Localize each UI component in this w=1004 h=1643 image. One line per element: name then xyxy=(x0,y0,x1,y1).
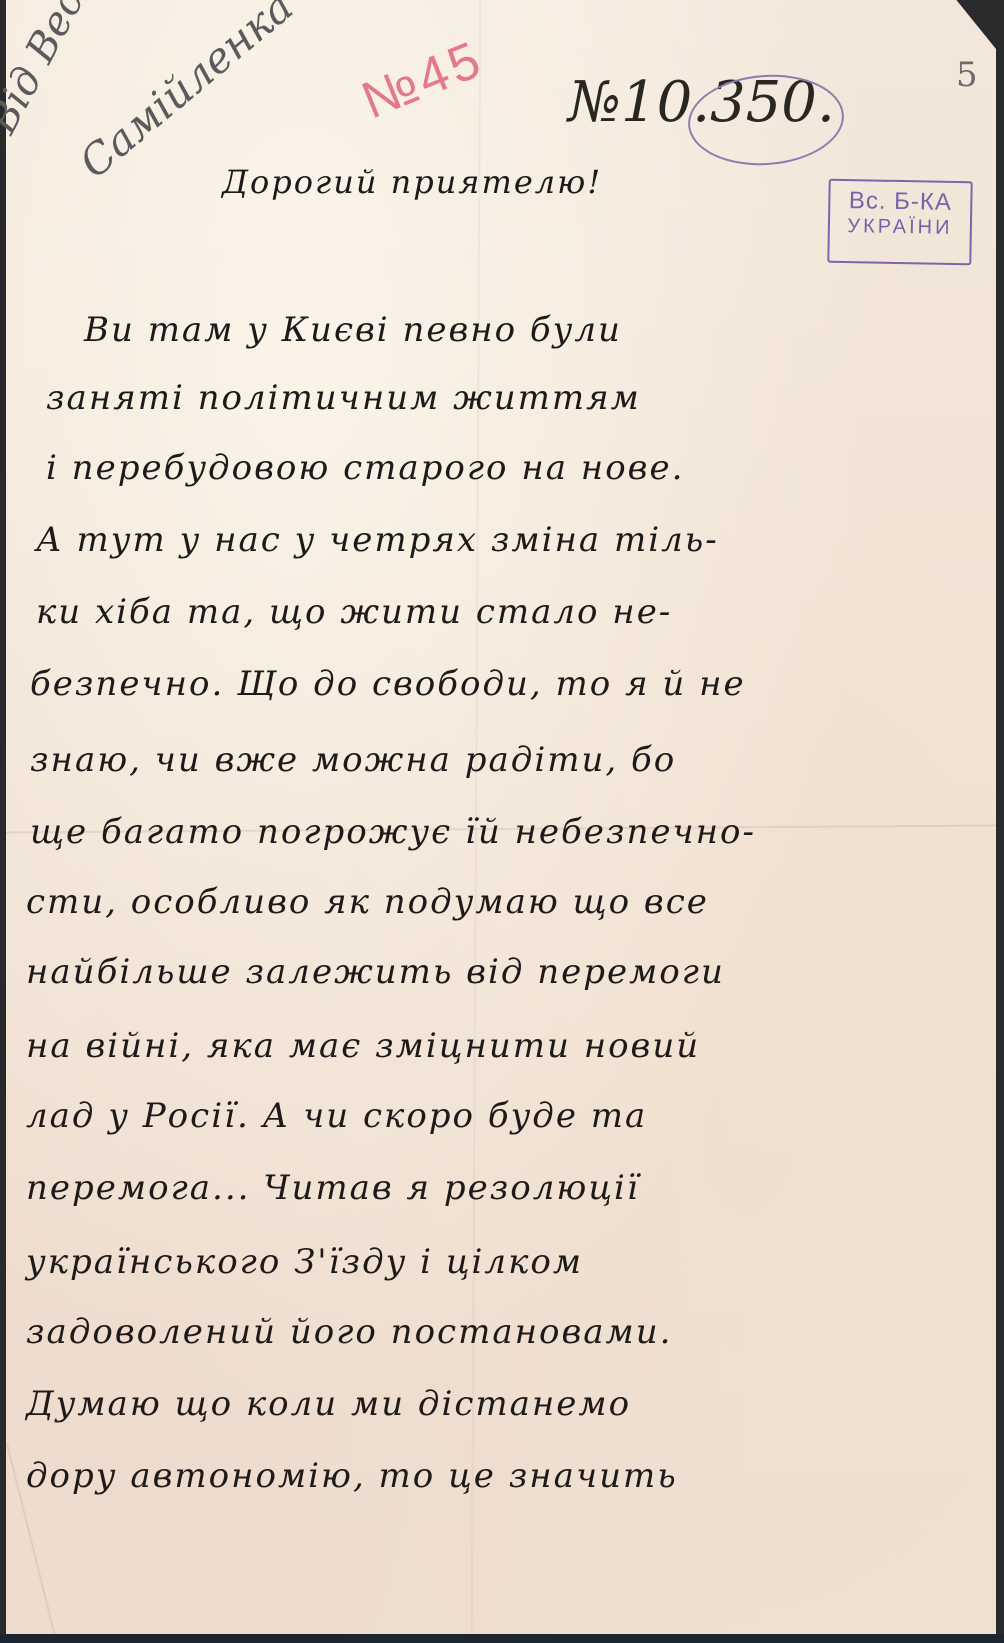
letter-line: найбільше залежить від перемоги xyxy=(26,952,725,992)
letter-line: дору автономію, то це значить xyxy=(26,1456,678,1496)
letter-line: українського З'їзду і цілком xyxy=(26,1242,583,1282)
letter-line: безпечно. Що до свободи, то я й не xyxy=(30,664,746,704)
letter-line: задоволений його постановами. xyxy=(26,1312,672,1352)
library-stamp: Вс. Б-КА УКРАЇНИ xyxy=(827,179,972,266)
page-number: 5 xyxy=(956,55,978,95)
letter-line: ки хіба та, що жити стало не- xyxy=(36,592,672,632)
letter-line: знаю, чи вже можна радіти, бо xyxy=(30,740,676,780)
letter-line: лад у Росії. А чи скоро буде та xyxy=(26,1096,647,1136)
scan-bottom-edge xyxy=(0,1634,1004,1643)
letter-line: Ви там у Києві певно були xyxy=(84,310,622,350)
letter-line: сти, особливо як подумаю що все xyxy=(26,882,709,922)
letter-greeting: Дорогий приятелю! xyxy=(222,163,602,201)
letter-line: на війні, яка має зміцнити новий xyxy=(26,1026,700,1066)
letter-line: перемога... Читав я резолюції xyxy=(26,1168,640,1208)
letter-line: заняті політичним життям xyxy=(46,378,641,418)
letter-line: А тут у нас у четрях зміна тіль- xyxy=(36,520,719,560)
stamp-line2: УКРАЇНИ xyxy=(830,215,970,240)
letter-line: ще багато погрожує їй небезпечно- xyxy=(30,812,756,852)
letter-line: і перебудовою старого на нове. xyxy=(46,448,684,488)
stamp-line1: Вс. Б-КА xyxy=(830,187,970,217)
letter-line: Думаю що коли ми дістанемо xyxy=(26,1384,631,1424)
